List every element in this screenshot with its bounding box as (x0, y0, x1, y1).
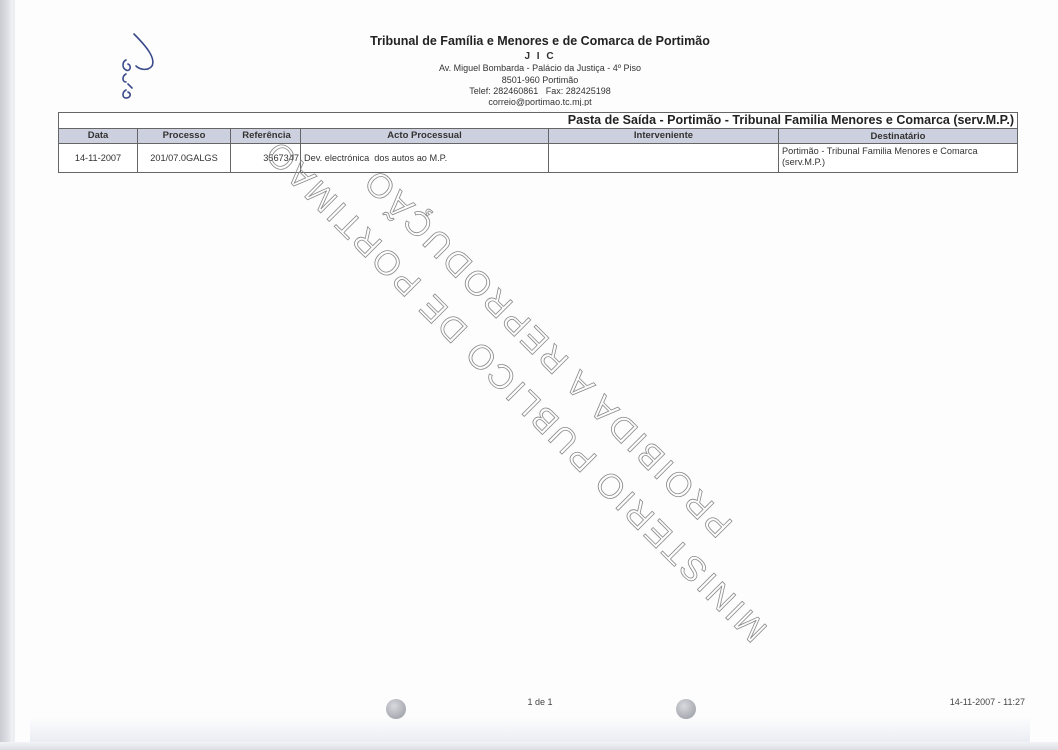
table-row: 14-11-2007 201/07.0GALGS 3567347 Dev. el… (59, 144, 1018, 173)
court-address: Av. Miguel Bombarda - Palácio da Justiça… (330, 63, 750, 75)
print-timestamp: 14-11-2007 - 11:27 (905, 697, 1025, 707)
court-email: correio@portimao.tc.mj.pt (330, 98, 750, 106)
court-postal: 8501-960 Portimão (330, 75, 750, 87)
page-number: 1 de 1 (500, 697, 580, 707)
watermark-line-2: PROIBIDA A REPRODUÇÃO (356, 160, 741, 545)
cell-destinatario: Portimão - Tribunal Familia Menores e Co… (779, 144, 1018, 173)
column-header-acto: Acto Processual (301, 129, 549, 144)
table-header-row: Data Processo Referência Acto Processual… (59, 129, 1018, 144)
cell-interveniente (549, 144, 779, 173)
punch-hole-right (676, 699, 696, 719)
column-header-interveniente: Interveniente (549, 129, 779, 144)
outgoing-folder-table: Pasta de Saída - Portimão - Tribunal Fam… (58, 112, 1018, 173)
column-header-data: Data (59, 129, 138, 144)
cell-data: 14-11-2007 (59, 144, 138, 173)
column-header-destinatario: Destinatário (779, 129, 1018, 144)
handwritten-annotation-icon (112, 26, 182, 106)
cell-acto: Dev. electrónica dos autos ao M.P. (301, 144, 549, 173)
scan-shadow (30, 717, 1030, 742)
watermark-line-1: MINISTERIO PUBLICO DE PORTIMAO (257, 131, 775, 649)
cell-processo: 201/07.0GALGS (138, 144, 231, 173)
column-header-processo: Processo (138, 129, 231, 144)
table-title: Pasta de Saída - Portimão - Tribunal Fam… (59, 113, 1018, 129)
court-name: Tribunal de Família e Menores e de Comar… (330, 33, 750, 50)
scan-bottom-edge (0, 742, 1058, 750)
court-phone-fax: Telef: 282460861 Fax: 282425198 (330, 86, 750, 98)
court-unit: J I C (330, 50, 750, 63)
court-header: Tribunal de Família e Menores e de Comar… (330, 33, 750, 106)
punch-hole-left (386, 699, 406, 719)
scan-left-edge (0, 0, 12, 750)
